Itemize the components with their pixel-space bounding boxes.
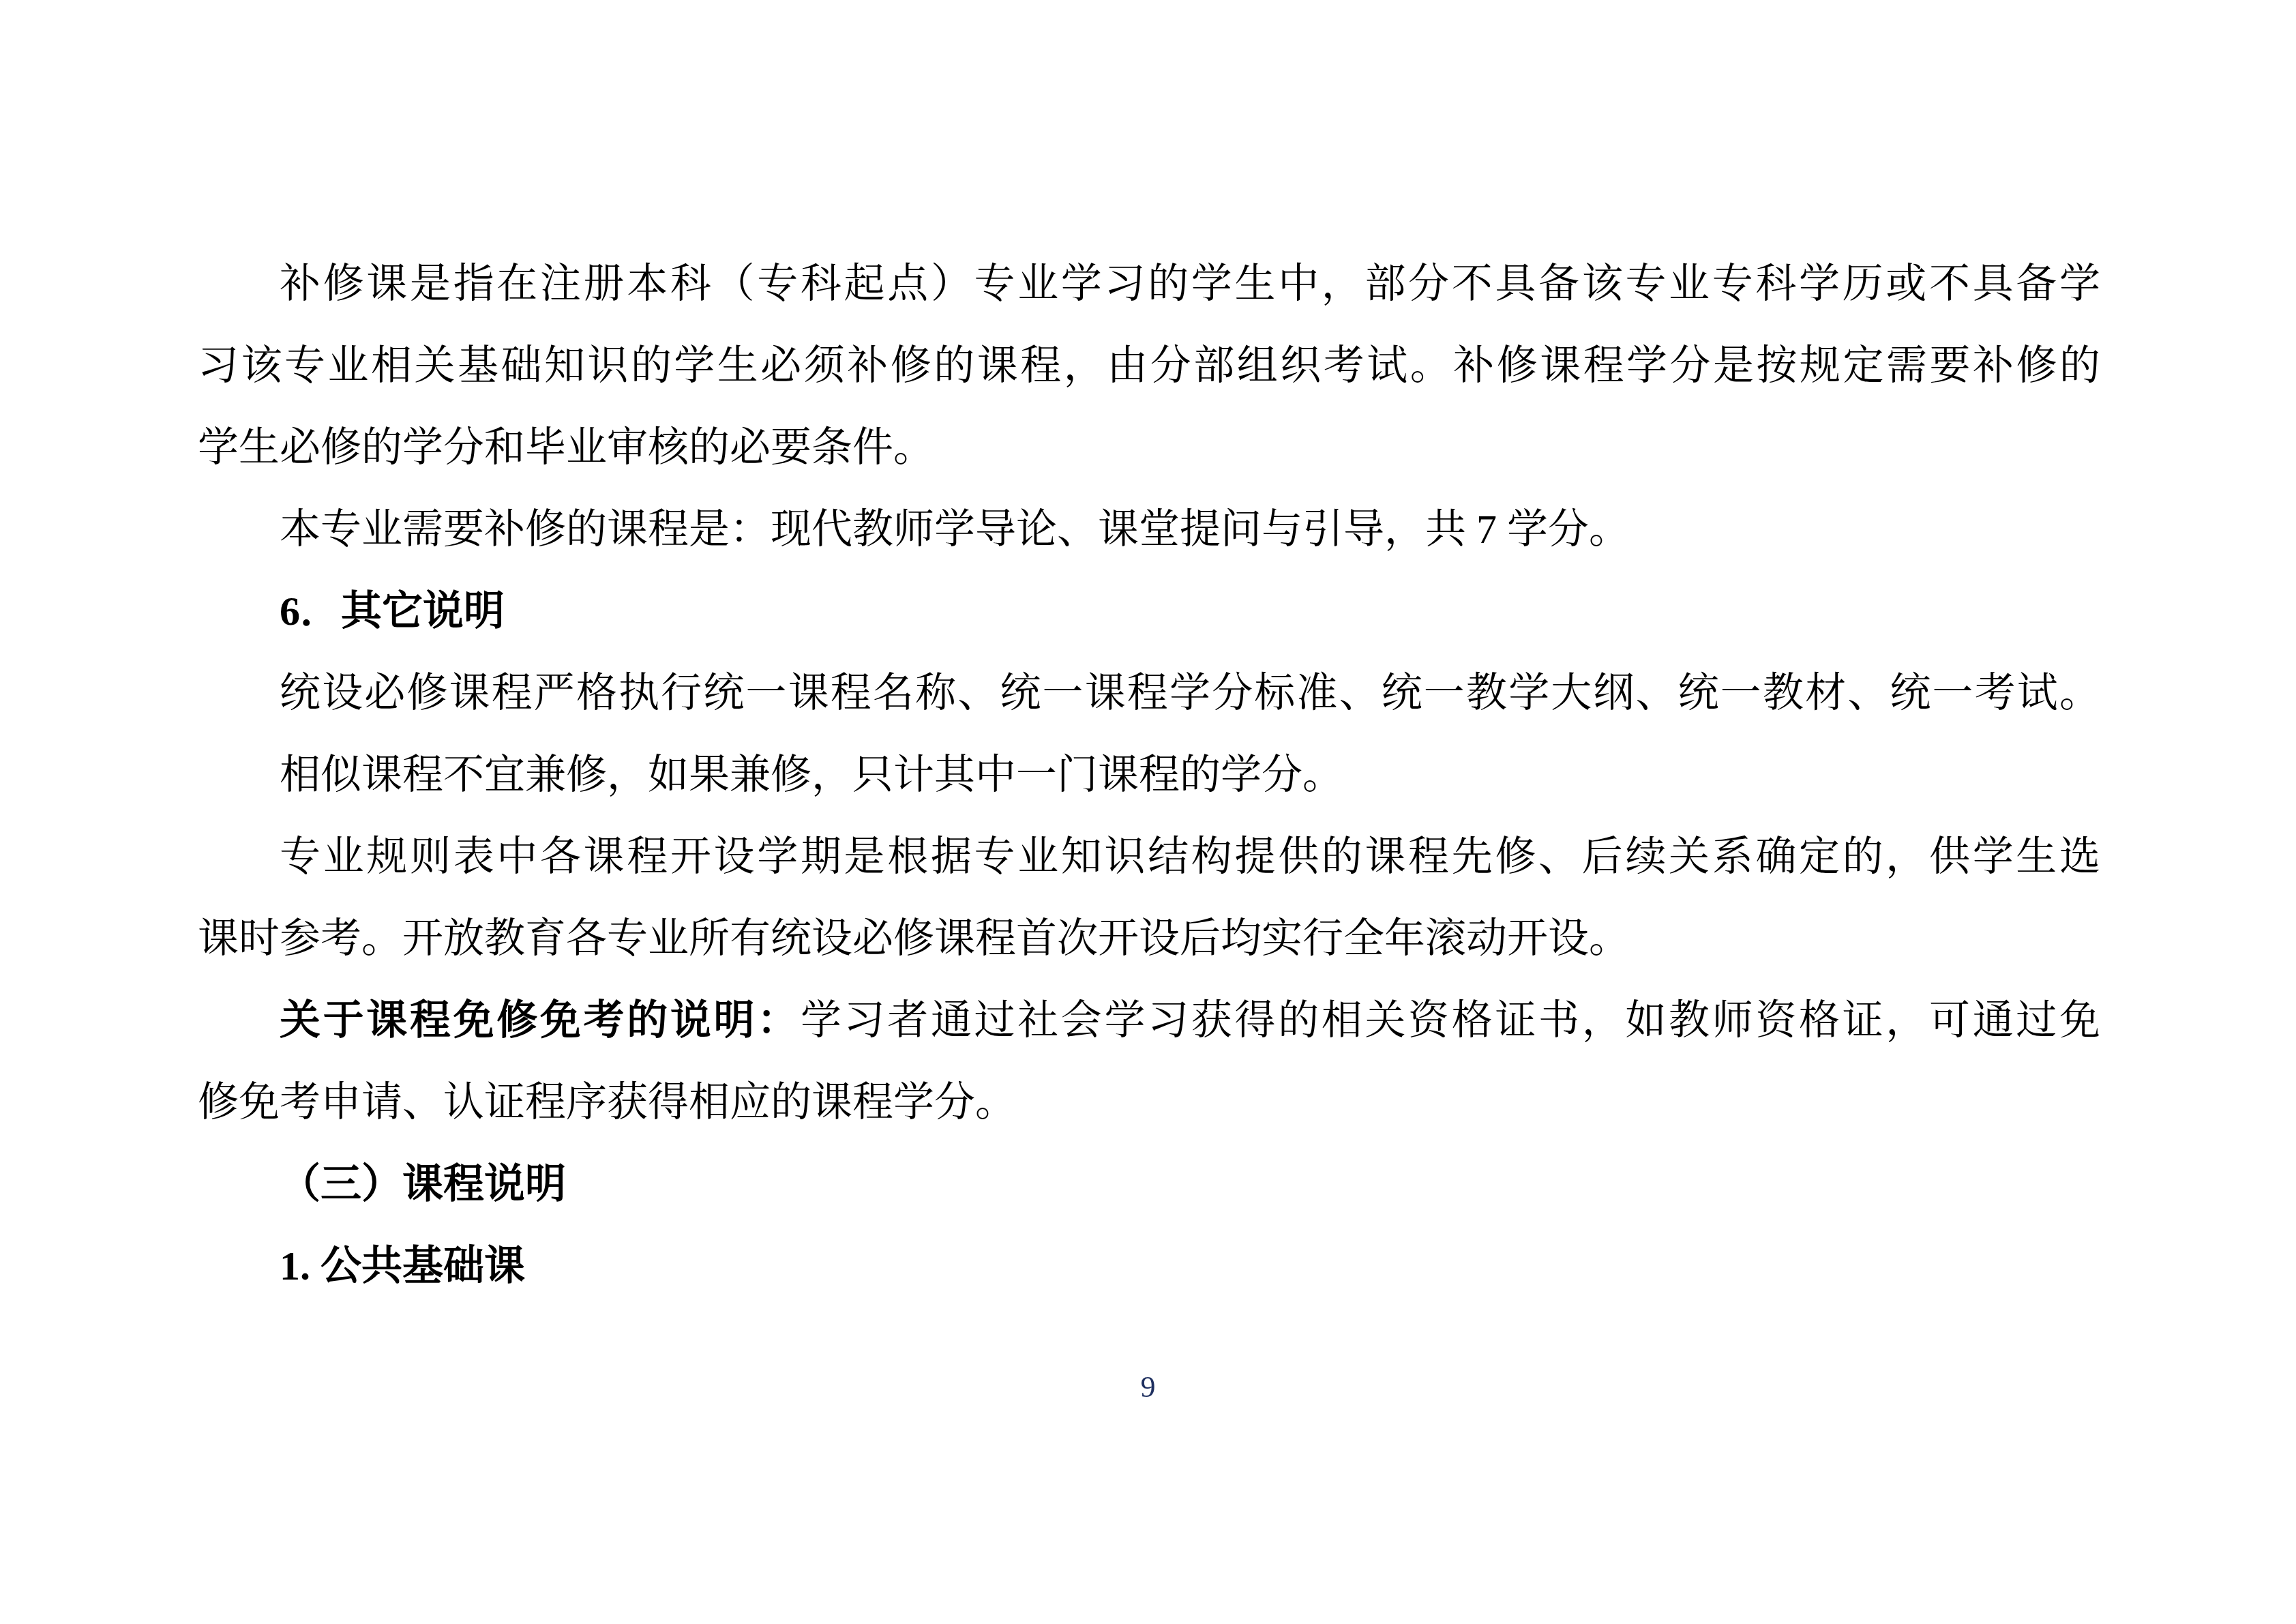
text-line: 统设必修课程严格执行统一课程名称、统一课程学分标准、统一教学大纲、统一教材、统一…: [198, 652, 2100, 734]
document-page: 补修课是指在注册本科（专科起点）专业学习的学生中，部分不具备该专业专科学历或不具…: [0, 0, 2296, 1624]
text-line: 1. 公共基础课: [198, 1225, 2100, 1307]
bold-text: 关于课程免修免考的说明：: [280, 998, 801, 1043]
bold-text: 6．其它说明: [280, 589, 505, 634]
text-line: 相似课程不宜兼修，如果兼修，只计其中一门课程的学分。: [198, 734, 2100, 816]
body-text: 专业规则表中各课程开设学期是根据专业知识结构提供的课程先修、后续关系确定的，供学…: [280, 834, 2100, 879]
text-line: 本专业需要补修的课程是：现代教师学导论、课堂提问与引导，共 7 学分。: [198, 488, 2100, 570]
body-text: 相似课程不宜兼修，如果兼修，只计其中一门课程的学分。: [280, 752, 1343, 797]
body-text: 课时参考。开放教育各专业所有统设必修课程首次开设后均实行全年滚动开设。: [198, 916, 1630, 961]
body-text: 修免考申请、认证程序获得相应的课程学分。: [198, 1080, 1016, 1125]
text-line: 补修课是指在注册本科（专科起点）专业学习的学生中，部分不具备该专业专科学历或不具…: [198, 243, 2100, 325]
body-text: 本专业需要补修的课程是：现代教师学导论、课堂提问与引导，共 7 学分。: [280, 507, 1630, 552]
document-body: 补修课是指在注册本科（专科起点）专业学习的学生中，部分不具备该专业专科学历或不具…: [198, 243, 2100, 1307]
text-line: 习该专业相关基础知识的学生必须补修的课程，由分部组织考试。补修课程学分是按规定需…: [198, 325, 2100, 407]
text-line: 课时参考。开放教育各专业所有统设必修课程首次开设后均实行全年滚动开设。: [198, 898, 2100, 979]
body-text: 学生必修的学分和毕业审核的必要条件。: [198, 425, 934, 470]
text-line: 关于课程免修免考的说明：学习者通过社会学习获得的相关资格证书，如教师资格证，可通…: [198, 979, 2100, 1061]
text-line: 专业规则表中各课程开设学期是根据专业知识结构提供的课程先修、后续关系确定的，供学…: [198, 816, 2100, 898]
text-line: 修免考申请、认证程序获得相应的课程学分。: [198, 1061, 2100, 1143]
page-number: 9: [0, 1367, 2296, 1408]
bold-text: （三）课程说明: [280, 1162, 566, 1207]
body-text: 补修课是指在注册本科（专科起点）专业学习的学生中，部分不具备该专业专科学历或不具…: [280, 261, 2100, 306]
text-line: 学生必修的学分和毕业审核的必要条件。: [198, 407, 2100, 488]
body-text: 学习者通过社会学习获得的相关资格证书，如教师资格证，可通过免: [801, 998, 2100, 1043]
body-text: 习该专业相关基础知识的学生必须补修的课程，由分部组织考试。补修课程学分是按规定需…: [198, 343, 2100, 388]
text-line: （三）课程说明: [198, 1143, 2100, 1225]
text-line: 6．其它说明: [198, 570, 2100, 652]
body-text: 统设必修课程严格执行统一课程名称、统一课程学分标准、统一教学大纲、统一教材、统一…: [280, 670, 2100, 715]
bold-text: 1. 公共基础课: [280, 1243, 525, 1288]
